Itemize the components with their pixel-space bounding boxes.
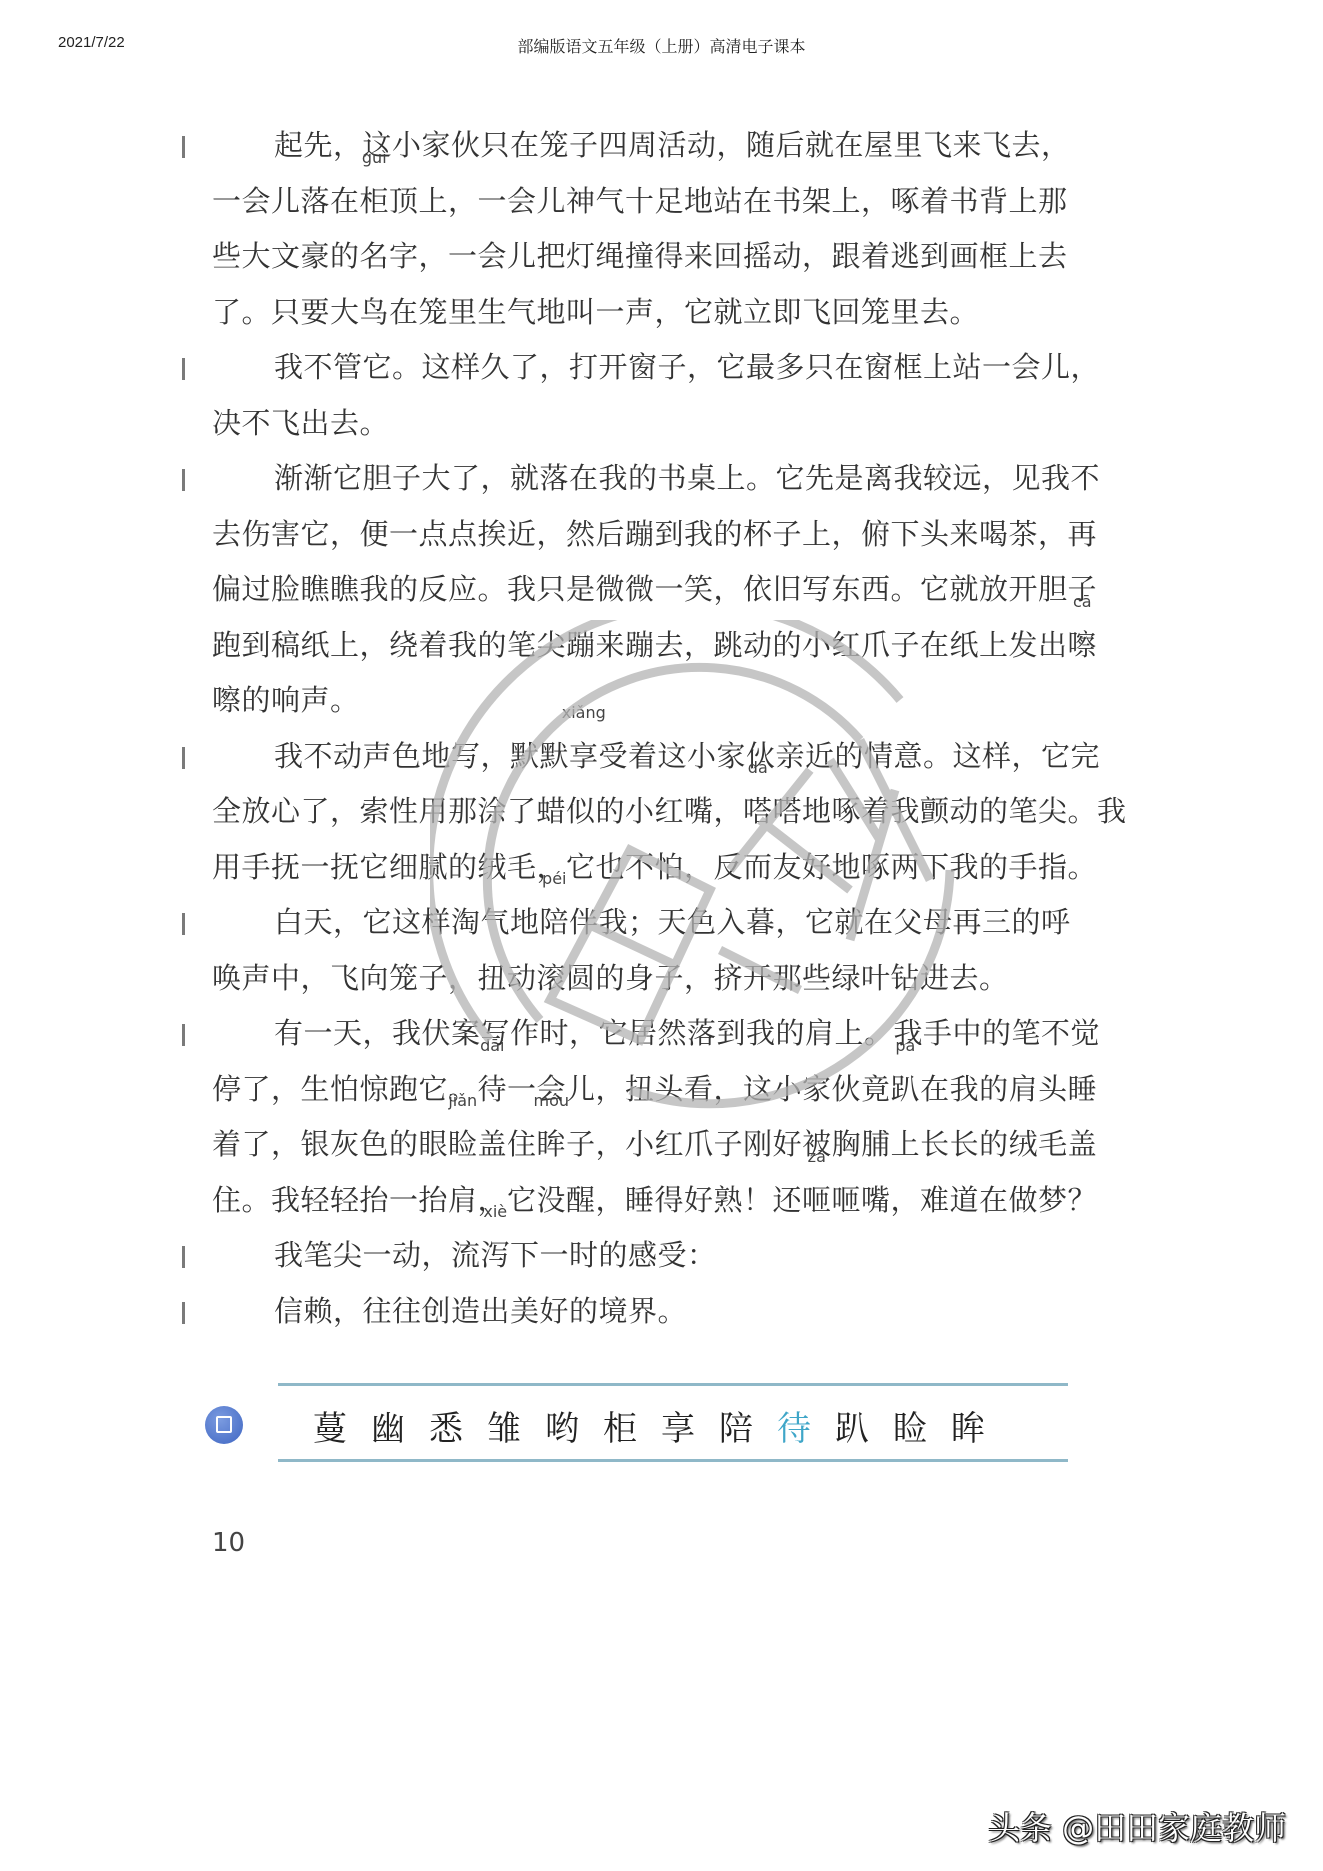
pinyin-annotation: móu [534,1093,570,1109]
annotated-char: 柜guì [360,174,390,230]
paragraph-marker [182,747,185,769]
text-line: 去伤害它，便一点点挨近，然后蹦到我的杯子上，俯下头来喝茶，再 [212,507,1132,563]
annotated-char: 泻xiè [481,1228,511,1284]
text-segment: 了。只要大鸟在笼里生气地叫一声，它就立即飞回笼里去。 [212,295,979,329]
paragraph-marker [182,1302,185,1324]
text-segment: 停了，生怕惊跑它。 [212,1072,478,1106]
text-line: 用手抚一抚它细腻的绒毛，它也不怕，反而友好地啄两下我的手指。 [212,840,1132,896]
text-line: 嚓的响声。 [212,673,1132,729]
vocab-char: 蔓 [313,1401,371,1450]
lesson-text: 起先，这小家伙只在笼子四周活动，随后就在屋里飞来飞去，一会儿落在柜guì顶上，一… [212,118,1132,1339]
annotated-char: 眸móu [537,1117,567,1173]
text-line: 起先，这小家伙只在笼子四周活动，随后就在屋里飞来飞去， [212,118,1132,174]
text-line: 偏过脸瞧瞧我的反应。我只是微微一笑，依旧写东西。它就放开胆子 [212,562,1132,618]
vocab-char: 眸 [951,1401,1009,1450]
text-line: 住。我轻轻抬一抬肩，它没醒，睡得好熟！还咂zā咂嘴，难道在做梦？ [212,1173,1132,1229]
text-segment: 决不飞出去。 [212,406,389,440]
text-segment: 下一时的感受： [510,1238,717,1272]
annotated-char: 待dāi [478,1062,508,1118]
text-segment: 有一天，我伏案写作时，它居然落到我的肩上。我手中的笔不觉 [274,1016,1100,1050]
text-line: 我不管它。这样久了，打开窗子，它最多只在窗框上站一会儿， [212,340,1132,396]
text-line: 跑到稿纸上，绕着我的笔尖蹦来蹦去，跳动的小红爪子在纸上发出嚓cā [212,618,1132,674]
text-segment: 我不动声色地写，默默 [274,739,569,773]
vocab-char: 待 [777,1401,835,1450]
pinyin-annotation: pā [895,1038,915,1054]
text-line: 渐渐它胆子大了，就落在我的书桌上。它先是离我较远，见我不 [212,451,1132,507]
text-segment: 信赖，往往创造出美好的境界。 [274,1294,687,1328]
vocab-char: 陪 [719,1401,777,1450]
annotated-char: 趴pā [891,1062,921,1118]
text-segment: 顶上，一会儿神气十足地站在书架上，啄着书背上那 [389,184,1068,218]
pinyin-annotation: dā [748,760,768,776]
text-line: 白天，它这样淘气地陪péi伴我；天色入暮，它就在父母再三的呼 [212,895,1132,951]
annotated-char: 睑jiǎn [448,1117,478,1173]
text-segment: 盖住 [478,1127,537,1161]
text-segment: 唤声中，飞向笼子，扭动滚圆的身子，挤开那些绿叶钻进去。 [212,961,1009,995]
text-line: 一会儿落在柜guì顶上，一会儿神气十足地站在书架上，啄着书背上那 [212,174,1132,230]
paragraph-marker [182,1246,185,1268]
text-segment: 着了，银灰色的眼 [212,1127,448,1161]
paragraph-marker [182,358,185,380]
text-segment: 跑到稿纸上，绕着我的笔尖蹦来蹦去，跳动的小红爪子在纸上发出 [212,628,1068,662]
text-line: 唤声中，飞向笼子，扭动滚圆的身子，挤开那些绿叶钻进去。 [212,951,1132,1007]
vocab-character-list: 蔓幽悉雏哟柜享陪待趴睑眸 [313,1401,1009,1450]
paragraph-marker [182,136,185,158]
vocab-char: 哟 [545,1401,603,1450]
vocab-char: 趴 [835,1401,893,1450]
paragraph-marker [182,1024,185,1046]
vocab-char: 柜 [603,1401,661,1450]
pinyin-annotation: cā [1073,594,1092,610]
vocab-bottom-rule [278,1459,1068,1462]
pinyin-annotation: zā [808,1149,826,1165]
vocab-char: 幽 [371,1401,429,1450]
text-segment: 在我的肩头睡 [920,1072,1097,1106]
text-line: 信赖，往往创造出美好的境界。 [212,1284,1132,1340]
vocab-char: 悉 [429,1401,487,1450]
text-line: 我不动声色地写，默默享xiǎng受着这小家伙亲近的情意。这样，它完 [212,729,1132,785]
pinyin-annotation: péi [542,871,566,887]
text-segment: 我笔尖一动，流 [274,1238,481,1272]
text-line: 全放心了，索性用那涂了蜡似的小红嘴，嗒dā嗒地啄着我颤动的笔尖。我 [212,784,1132,840]
pinyin-annotation: xiǎng [562,705,606,721]
text-segment: 去伤害它，便一点点挨近，然后蹦到我的杯子上，俯下头来喝茶，再 [212,517,1097,551]
writing-chars-icon [205,1406,243,1444]
text-segment: 嚓的响声。 [212,683,360,717]
text-segment: 白天，它这样淘气地 [274,905,540,939]
text-segment: 些大文豪的名字，一会儿把灯绳撞得来回摇动，跟着逃到画框上去 [212,239,1068,273]
text-segment: 渐渐它胆子大了，就落在我的书桌上。它先是离我较远，见我不 [274,461,1100,495]
text-segment: 我不管它。这样久了，打开窗子，它最多只在窗框上站一会儿， [274,350,1100,384]
annotated-char: 嚓cā [1068,618,1098,674]
footer-watermark: 头条 @田田家庭教师 [988,1803,1286,1849]
vocab-char: 睑 [893,1401,951,1450]
annotated-char: 陪péi [540,895,570,951]
text-line: 些大文豪的名字，一会儿把灯绳撞得来回摇动，跟着逃到画框上去 [212,229,1132,285]
text-segment: 一会儿落在 [212,184,360,218]
text-segment: 受着这小家伙亲近的情意。这样，它完 [599,739,1101,773]
annotated-char: 嗒dā [743,784,773,840]
paragraph-marker [182,469,185,491]
text-segment: 起先，这小家伙只在笼子四周活动，随后就在屋里飞来飞去， [274,128,1071,162]
vocab-top-rule [278,1383,1068,1386]
text-segment: 偏过脸瞧瞧我的反应。我只是微微一笑，依旧写东西。它就放开胆子 [212,572,1097,606]
new-characters-box: 蔓幽悉雏哟柜享陪待趴睑眸 [200,1383,1070,1463]
text-line: 有一天，我伏案写作时，它居然落到我的肩上。我手中的笔不觉 [212,1006,1132,1062]
text-line: 着了，银灰色的眼睑jiǎn盖住眸móu子，小红爪子刚好被胸脯上长长的绒毛盖 [212,1117,1132,1173]
text-line: 决不飞出去。 [212,396,1132,452]
vocab-char: 享 [661,1401,719,1450]
paragraph-marker [182,913,185,935]
pinyin-annotation: guì [362,150,387,166]
text-segment: 伴我；天色入暮，它就在父母再三的呼 [569,905,1071,939]
text-segment: 嗒地啄着我颤动的笔尖。我 [773,794,1127,828]
page-number: 10 [212,1528,245,1558]
document-title: 部编版语文五年级（上册）高清电子课本 [0,34,1323,57]
pinyin-annotation: xiè [483,1204,507,1220]
text-segment: 用手抚一抚它细腻的绒毛，它也不怕，反而友好地啄两下我的手指。 [212,850,1097,884]
pinyin-annotation: dāi [480,1038,504,1054]
text-line: 停了，生怕惊跑它。待dāi一会儿，扭头看，这小家伙竟趴pā在我的肩头睡 [212,1062,1132,1118]
annotated-char: 咂zā [802,1173,832,1229]
text-segment: 子，小红爪子刚好被胸脯上长长的绒毛盖 [566,1127,1097,1161]
pinyin-annotation: jiǎn [448,1093,477,1109]
annotated-char: 享xiǎng [569,729,599,785]
text-line: 了。只要大鸟在笼里生气地叫一声，它就立即飞回笼里去。 [212,285,1132,341]
text-segment: 全放心了，索性用那涂了蜡似的小红嘴， [212,794,743,828]
vocab-char: 雏 [487,1401,545,1450]
text-segment: 咂嘴，难道在做梦？ [832,1183,1098,1217]
text-line: 我笔尖一动，流泻xiè下一时的感受： [212,1228,1132,1284]
